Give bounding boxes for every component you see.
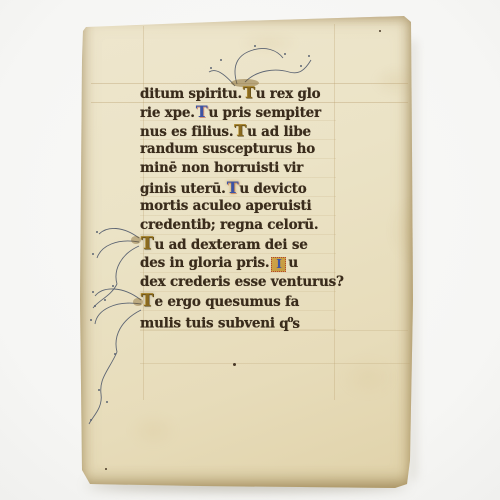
manuscript-line: des in gloria pris.Iu: [140, 254, 338, 273]
text-run: credentib; regna celorū.: [140, 217, 318, 233]
manuscript-line: mulis tuis subveni qos: [140, 311, 338, 330]
manuscript-line: randum suscepturus ho: [140, 140, 338, 159]
text-run: u devicto: [239, 181, 306, 197]
manuscript-line: mortis aculeo aperuisti: [140, 197, 338, 216]
penwork-spray-icon: [205, 42, 315, 88]
manuscript-line: Tu ad dexteram dei se: [140, 235, 338, 254]
text-run: u ad libe: [247, 124, 311, 140]
manuscript-line: dex crederis esse venturus?: [140, 273, 338, 292]
text-run: randum suscepturus ho: [140, 141, 315, 157]
photo-background: ditum spiritu.Tu rex glorie xpe.Tu pris …: [0, 0, 500, 500]
ink-speck: [379, 30, 381, 32]
manuscript-line: ginis uterū.Tu devicto: [140, 178, 338, 197]
text-run: nus es filius.: [140, 124, 233, 140]
abbreviation: qos: [279, 316, 299, 332]
penwork-flourish-icon: [85, 278, 143, 428]
vellum-stain: [227, 28, 311, 58]
vellum-stain: [327, 346, 409, 408]
ink-speck: [105, 468, 107, 470]
text-run: rie xpe.: [140, 105, 195, 121]
text-run: mulis tuis subveni: [140, 316, 279, 332]
text-run: minē non horruisti vir: [140, 160, 303, 176]
manuscript-line: rie xpe.Tu pris sempiter: [140, 102, 338, 121]
text-run: dex crederis esse venturus?: [140, 274, 344, 290]
text-run: mortis aculeo aperuisti: [140, 198, 311, 214]
manuscript-leaf: ditum spiritu.Tu rex glorie xpe.Tu pris …: [79, 16, 413, 489]
manuscript-line: minē non horruisti vir: [140, 159, 338, 178]
manuscript-line: Te ergo quesumus fa: [140, 292, 338, 311]
illuminated-initial: T: [234, 121, 246, 140]
ruling-line: [140, 363, 410, 364]
illuminated-initial: T: [196, 102, 208, 121]
illuminated-initial: I: [271, 257, 286, 272]
illuminated-initial: T: [227, 178, 239, 197]
illuminated-initial: T: [141, 291, 153, 311]
manuscript-text-block: ditum spiritu.Tu rex glorie xpe.Tu pris …: [140, 83, 338, 330]
manuscript-line: ditum spiritu.Tu rex glo: [140, 83, 338, 102]
text-run: u ad dexteram dei se: [154, 237, 307, 253]
text-run: u pris sempiter: [208, 105, 320, 121]
manuscript-line: credentib; regna celorū.: [140, 216, 338, 235]
text-run: des in gloria pris.: [140, 255, 269, 271]
manuscript-line: nus es filius.Tu ad libe: [140, 121, 338, 140]
vellum-stain: [117, 404, 189, 456]
illuminated-initial: T: [243, 83, 255, 102]
penwork-flourish-icon: [87, 220, 141, 312]
text-run: ditum spiritu.: [140, 86, 242, 102]
illuminated-initial: T: [141, 234, 153, 254]
ink-speck: [233, 363, 236, 366]
text-run: ginis uterū.: [140, 181, 226, 197]
text-run: u: [288, 255, 298, 271]
text-run: e ergo quesumus fa: [154, 294, 299, 310]
superscript-mark: o: [288, 315, 294, 325]
text-run: u rex glo: [256, 86, 321, 102]
